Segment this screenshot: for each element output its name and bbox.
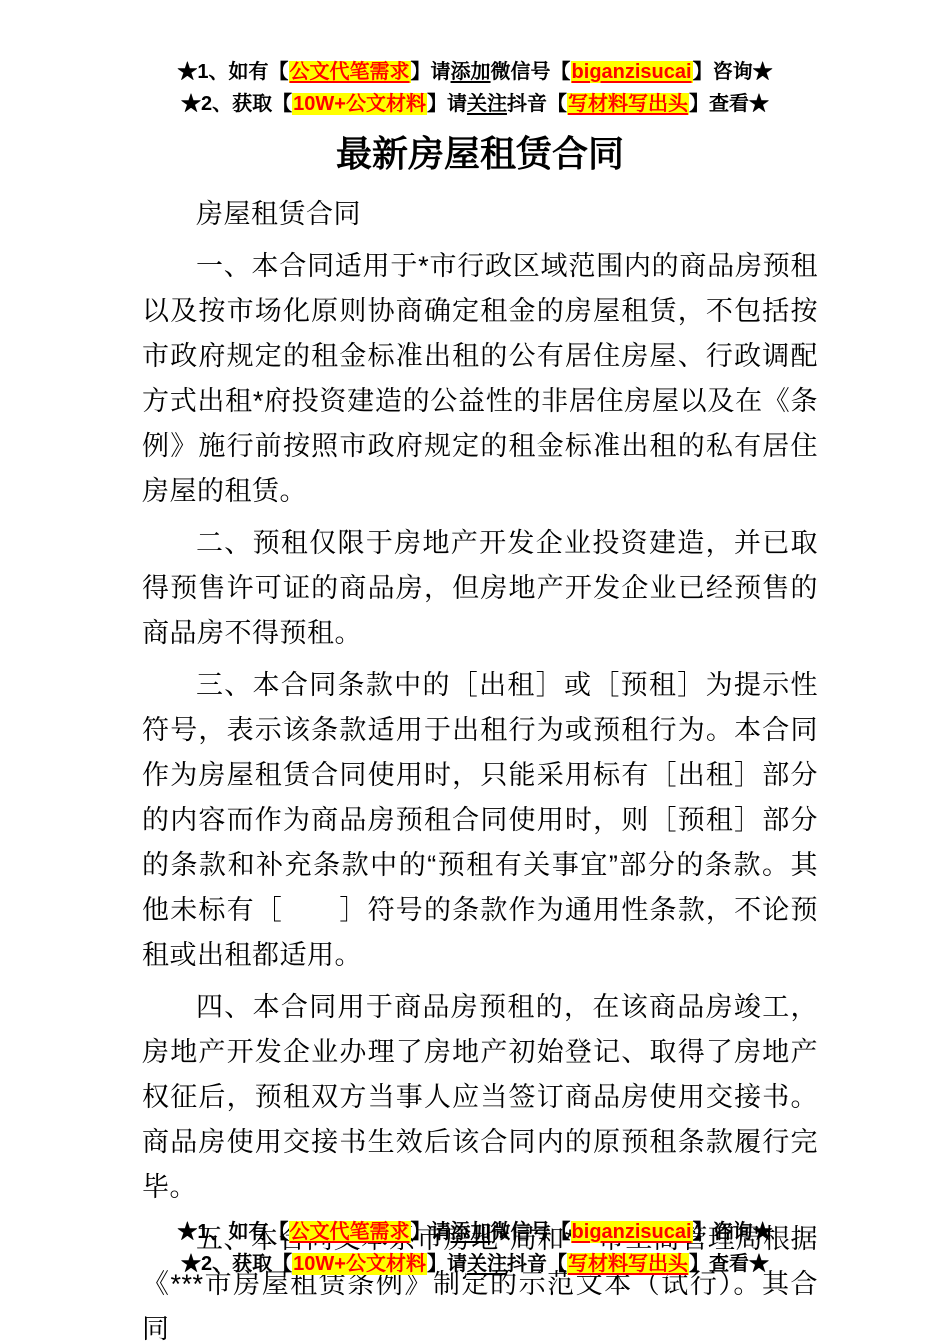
follow-action-word: 关注 (467, 1253, 507, 1275)
promo-connector: 】请 (411, 1221, 451, 1243)
promo-connector: 】请 (427, 1253, 467, 1275)
document-title: 最新房屋租赁合同 (142, 132, 818, 176)
promo-connector: 】请 (427, 93, 467, 115)
promo-suffix: 】查看★ (689, 93, 769, 115)
contract-paragraph-4: 四、本合同用于商品房预租的，在该商品房竣工，房地产开发企业办理了房地产初始登记、… (142, 985, 818, 1210)
follow-action-word: 关注 (467, 93, 507, 115)
douyin-label: 抖音【 (507, 1253, 567, 1275)
promo-prefix: ★1、如有【 (177, 61, 288, 83)
wechat-id: biganzisucai (571, 61, 693, 83)
wechat-id: biganzisucai (571, 1221, 693, 1243)
promo-prefix: ★1、如有【 (177, 1221, 288, 1243)
writing-service-keyword: 公文代笔需求 (289, 61, 411, 83)
promo-suffix: 】查看★ (689, 1253, 769, 1275)
add-action-word: 添加 (451, 61, 491, 83)
promo-header: ★1、如有【公文代笔需求】请添加微信号【biganzisucai】咨询★ ★2、… (0, 0, 950, 120)
materials-keyword: 10W+公文材料 (292, 93, 427, 115)
contract-subtitle: 房屋租赁合同 (142, 192, 818, 237)
promo-suffix: 】咨询★ (693, 1221, 773, 1243)
promo-footer: ★1、如有【公文代笔需求】请添加微信号【biganzisucai】咨询★ ★2、… (0, 1216, 950, 1280)
promo-line-1: ★1、如有【公文代笔需求】请添加微信号【biganzisucai】咨询★ (0, 56, 950, 88)
promo-line-1: ★1、如有【公文代笔需求】请添加微信号【biganzisucai】咨询★ (0, 1216, 950, 1248)
promo-suffix: 】咨询★ (693, 61, 773, 83)
promo-line-2: ★2、获取【10W+公文材料】请关注抖音【写材料写出头】查看★ (0, 1248, 950, 1280)
document-body: 房屋租赁合同 一、本合同适用于*市行政区域范围内的商品房预租以及按市场化原则协商… (0, 176, 950, 1344)
writing-service-keyword: 公文代笔需求 (289, 1221, 411, 1243)
douyin-account: 写材料写出头 (567, 93, 689, 115)
promo-connector: 】请 (411, 61, 451, 83)
promo-prefix: ★2、获取【 (181, 1253, 292, 1275)
wechat-label: 微信号【 (491, 61, 571, 83)
contract-paragraph-1: 一、本合同适用于*市行政区域范围内的商品房预租以及按市场化原则协商确定租金的房屋… (142, 244, 818, 514)
add-action-word: 添加 (451, 1221, 491, 1243)
douyin-account: 写材料写出头 (567, 1253, 689, 1275)
contract-paragraph-2: 二、预租仅限于房地产开发企业投资建造，并已取得预售许可证的商品房，但房地产开发企… (142, 521, 818, 656)
document-page: ★1、如有【公文代笔需求】请添加微信号【biganzisucai】咨询★ ★2、… (0, 0, 950, 1344)
materials-keyword: 10W+公文材料 (292, 1253, 427, 1275)
douyin-label: 抖音【 (507, 93, 567, 115)
contract-paragraph-3: 三、本合同条款中的［出租］或［预租］为提示性符号，表示该条款适用于出租行为或预租… (142, 663, 818, 978)
promo-prefix: ★2、获取【 (181, 93, 292, 115)
wechat-label: 微信号【 (491, 1221, 571, 1243)
promo-line-2: ★2、获取【10W+公文材料】请关注抖音【写材料写出头】查看★ (0, 88, 950, 120)
